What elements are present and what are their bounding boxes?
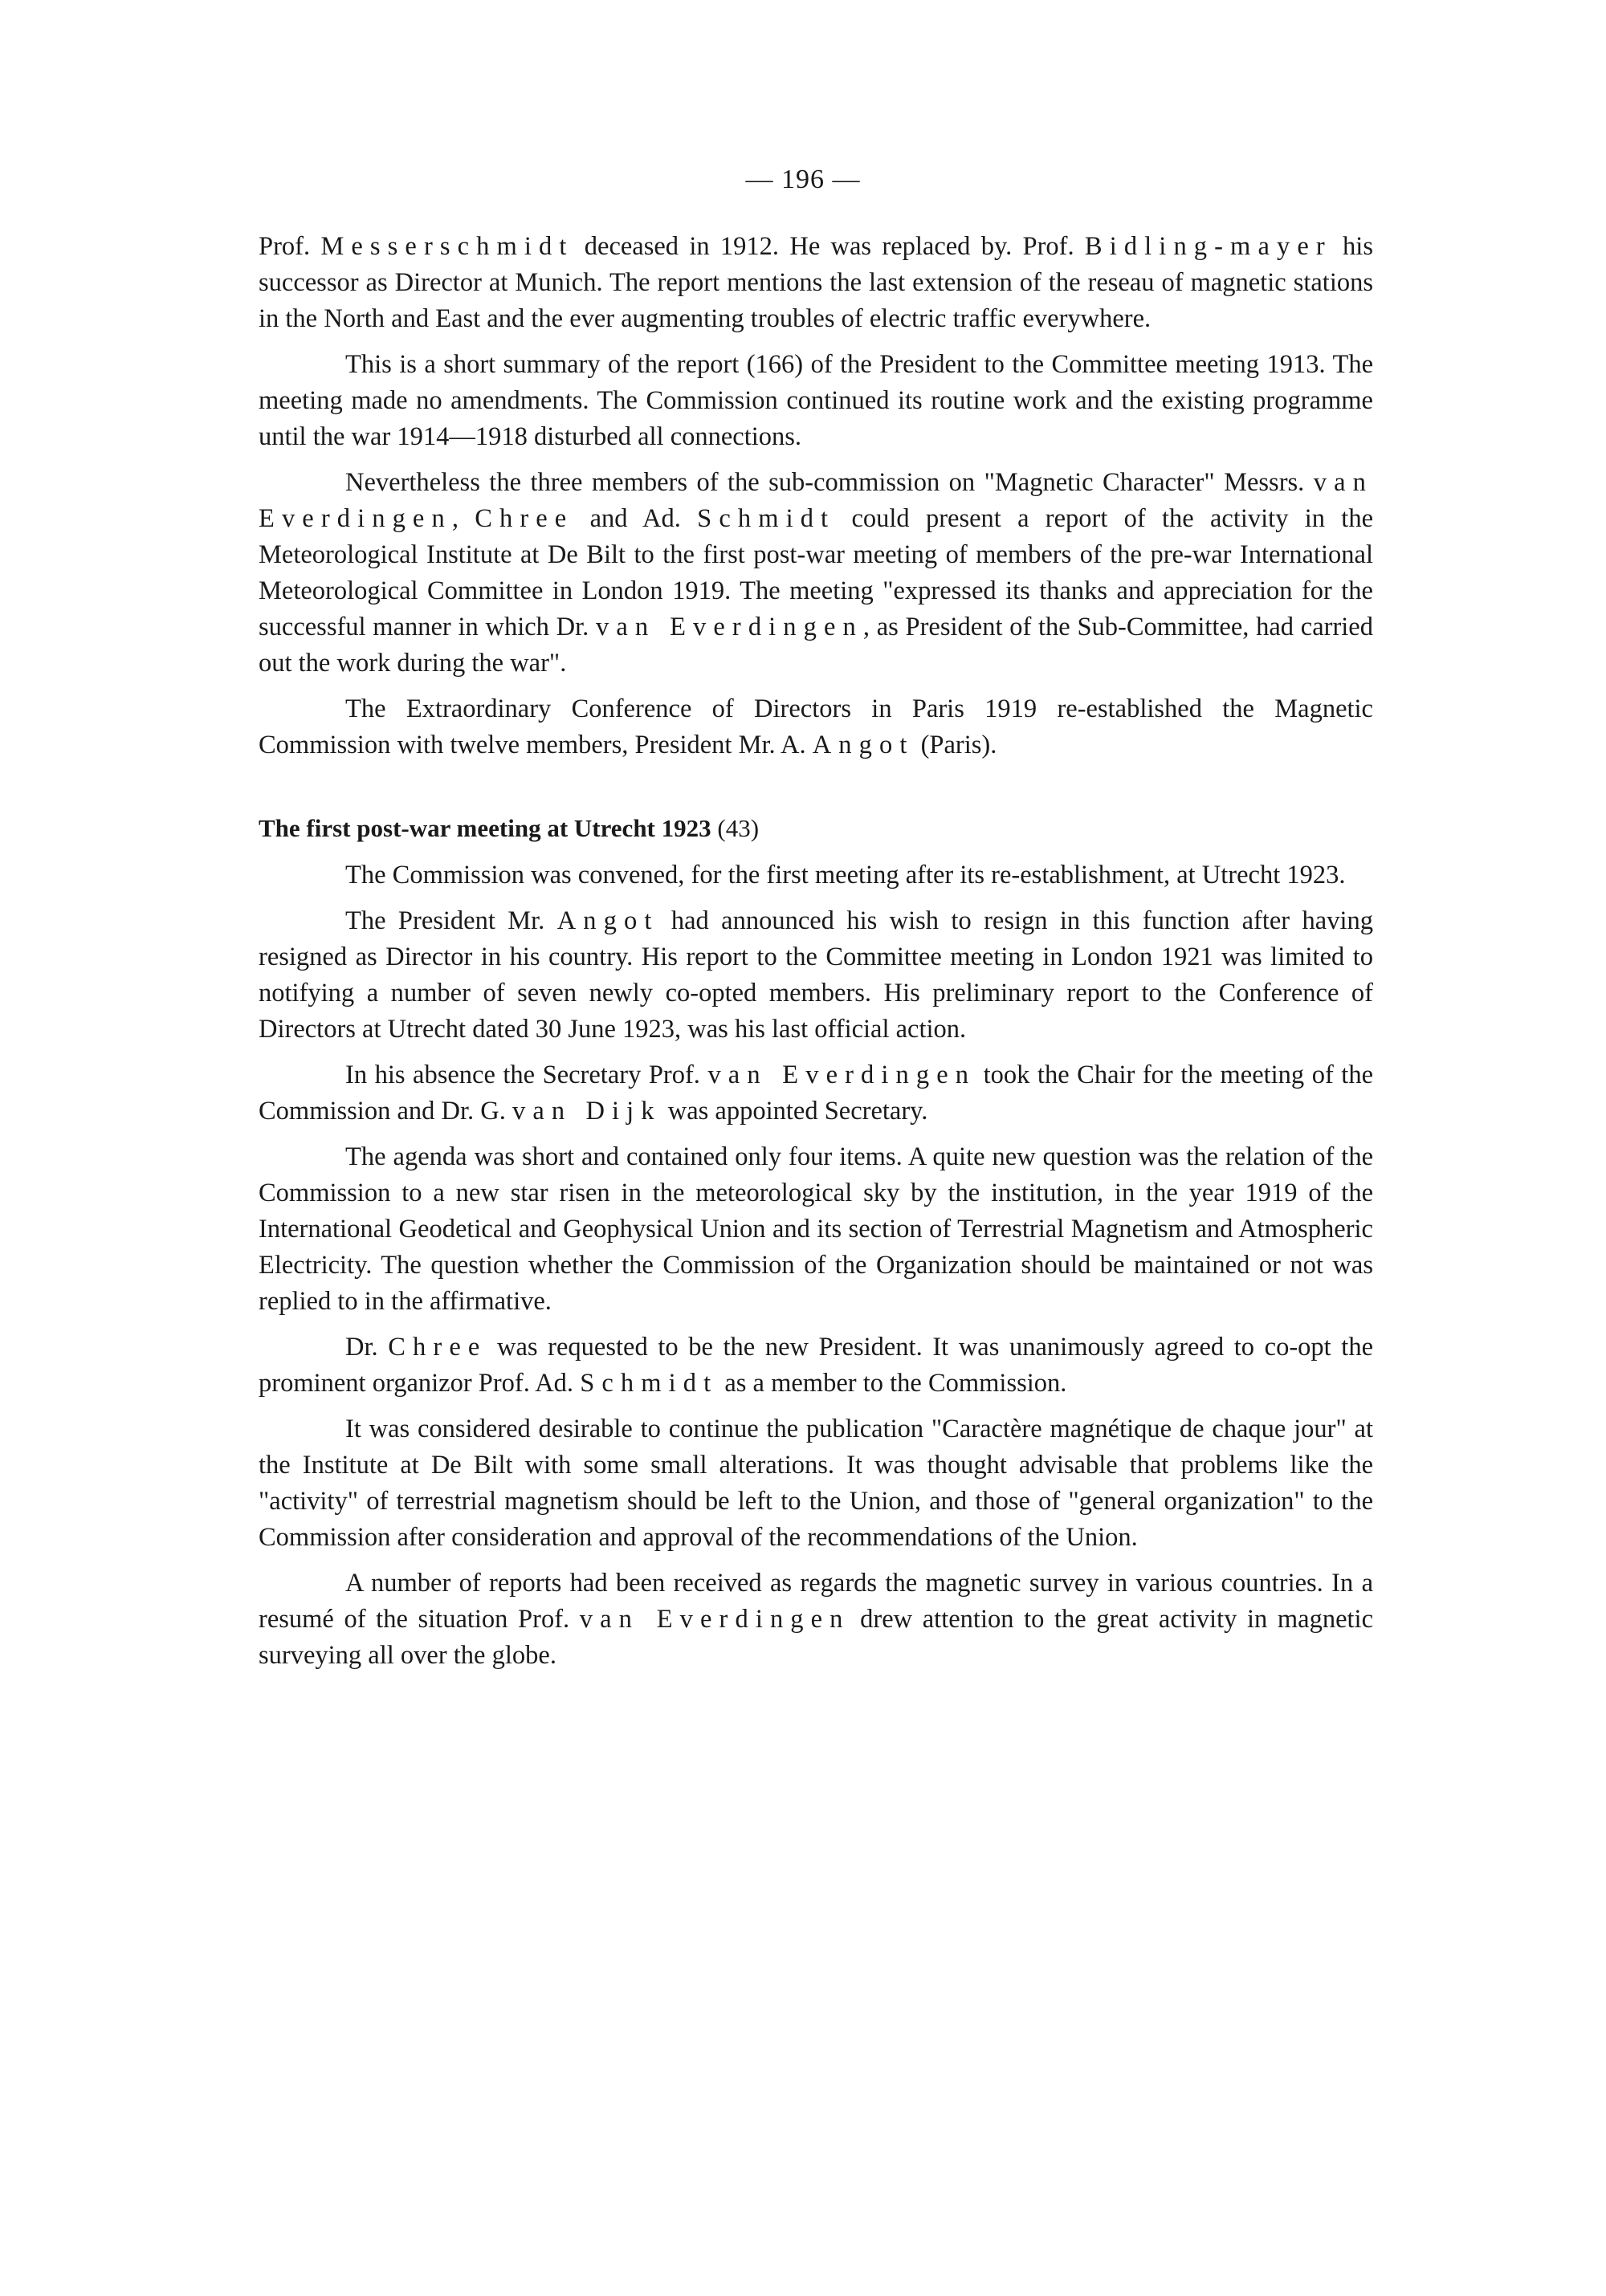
spaced-name: Chree [388,1333,487,1362]
paragraph-p4: The Extraordinary Conference of Director… [259,691,1373,763]
paragraph-p8: The agenda was short and contained only … [259,1139,1373,1320]
spaced-name: Bidling-mayer [1085,232,1332,261]
spaced-name: van Dijk [512,1097,662,1126]
document-body: Prof. Messerschmidt deceased in 1912. He… [259,229,1373,1683]
spaced-name: van Everdingen [596,613,863,641]
paragraph-p10: It was considered desirable to continue … [259,1411,1373,1556]
spaced-name: Angot [813,731,915,759]
paragraph-p7: In his absence the Secretary Prof. van E… [259,1057,1373,1130]
paragraph-p9: Dr. Chree was requested to be the new Pr… [259,1329,1373,1402]
spaced-name: Messerschmidt [320,232,573,261]
paragraph-p6: The President Mr. Angot had announced hi… [259,903,1373,1048]
spaced-name: Schmidt [580,1369,718,1398]
paragraph-p11: A number of reports had been received as… [259,1565,1373,1674]
spaced-name: van Everdingen [580,1605,850,1634]
page-number: — 196 — [0,165,1606,195]
paragraph-p3: Nevertheless the three members of the su… [259,465,1373,682]
paragraphs-before-section: Prof. Messerschmidt deceased in 1912. He… [259,229,1373,763]
paragraphs-after-section: The Commission was convened, for the fir… [259,857,1373,1674]
section-heading-title: The first post-war meeting at Utrecht 19… [259,814,711,842]
paragraph-p2: This is a short summary of the report (1… [259,347,1373,455]
spaced-name: van Everdingen [707,1060,976,1089]
spaced-name: Angot [557,906,659,935]
paragraph-p1: Prof. Messerschmidt deceased in 1912. He… [259,229,1373,337]
paragraph-p5: The Commission was convened, for the fir… [259,857,1373,894]
section-heading: The first post-war meeting at Utrecht 19… [259,810,1373,846]
spaced-name: Schmidt [697,504,835,533]
section-heading-reference: (43) [717,814,759,842]
spaced-name: Chree [475,504,573,533]
